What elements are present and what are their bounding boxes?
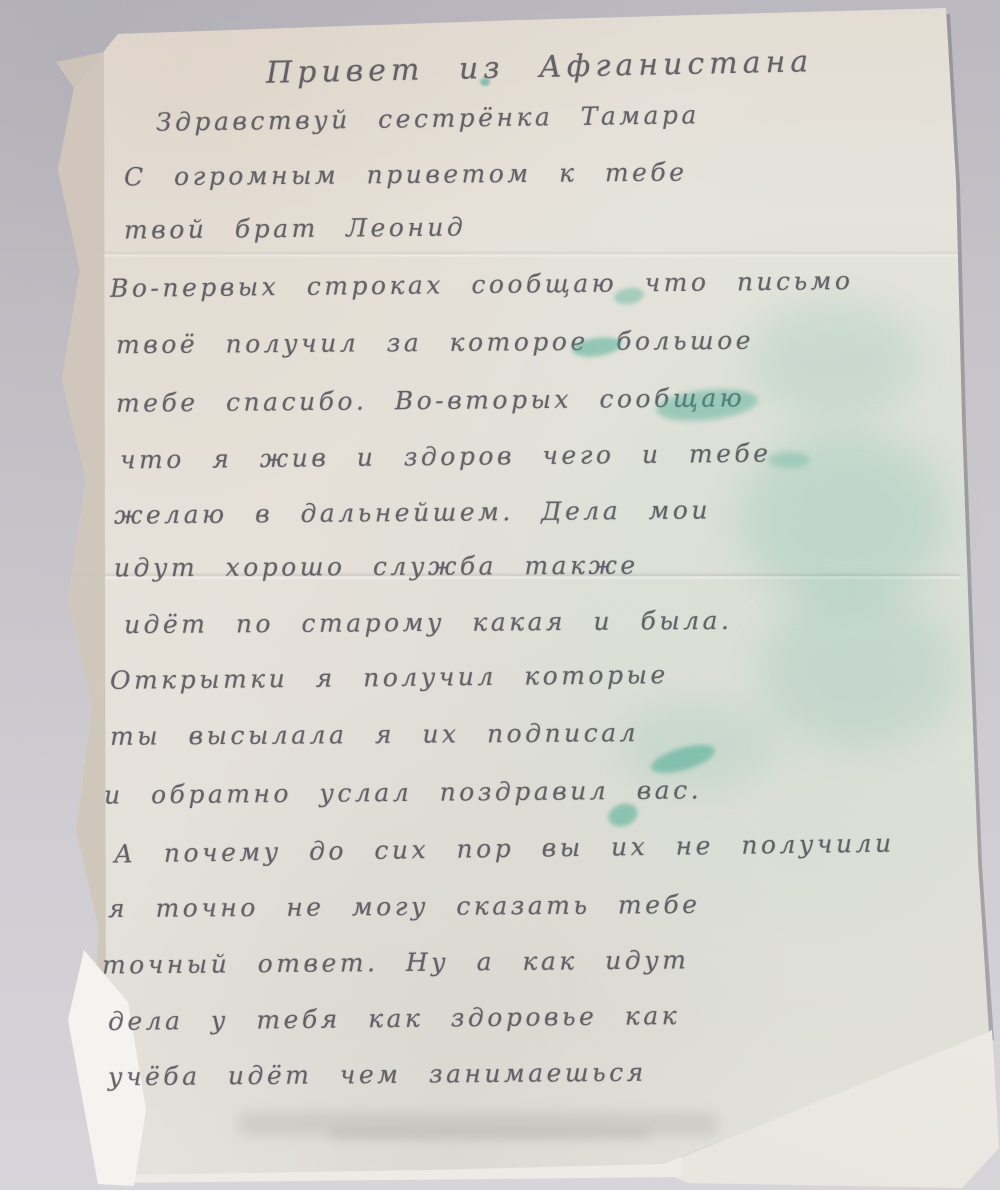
letter-line: твой брат Леонид <box>124 213 467 245</box>
show-through-text <box>330 1128 650 1140</box>
letter-title: Привет из Афганистана <box>266 44 814 90</box>
letter-line: Здравствуй сестрёнка Тамара <box>156 100 700 137</box>
letter-line: твоё получил за которое большое <box>116 326 754 359</box>
letter-line: Во-первых строках сообщаю что письмо <box>110 266 854 303</box>
letter-line: дела у тебя как здоровье как <box>108 1001 680 1036</box>
letter-line: А почему до сих пор вы их не получили <box>114 829 895 869</box>
green-ink-smudge <box>480 78 490 86</box>
letter-line: идёт по старому какая и была. <box>124 606 733 639</box>
letter-line: Открытки я получил которые <box>110 660 669 695</box>
letter-line: тебе спасибо. Во-вторых сообщаю <box>116 383 745 417</box>
letter-line: учёба идёт чем занимаешься <box>108 1058 647 1092</box>
letter-line: что я жив и здоров чего и тебе <box>120 439 772 475</box>
letter-line: желаю в дальнейшем. Дела мои <box>114 495 711 529</box>
letter-line: я точно не могу сказать тебе <box>108 890 701 923</box>
letter-line: точный ответ. Ну а как идут <box>102 945 690 979</box>
letter-text: Привет из АфганистанаЗдравствуй сестрёнк… <box>0 0 1000 1190</box>
green-ink-smudge <box>768 452 810 468</box>
letter-line: и обратно услал поздравил вас. <box>104 775 702 809</box>
photo-background: Привет из АфганистанаЗдравствуй сестрёнк… <box>0 0 1000 1190</box>
letter-line: идут хорошо служба также <box>114 551 639 583</box>
letter-line: С огромным приветом к тебе <box>124 158 688 192</box>
letter-line: ты высылала я их подписал <box>110 718 639 751</box>
